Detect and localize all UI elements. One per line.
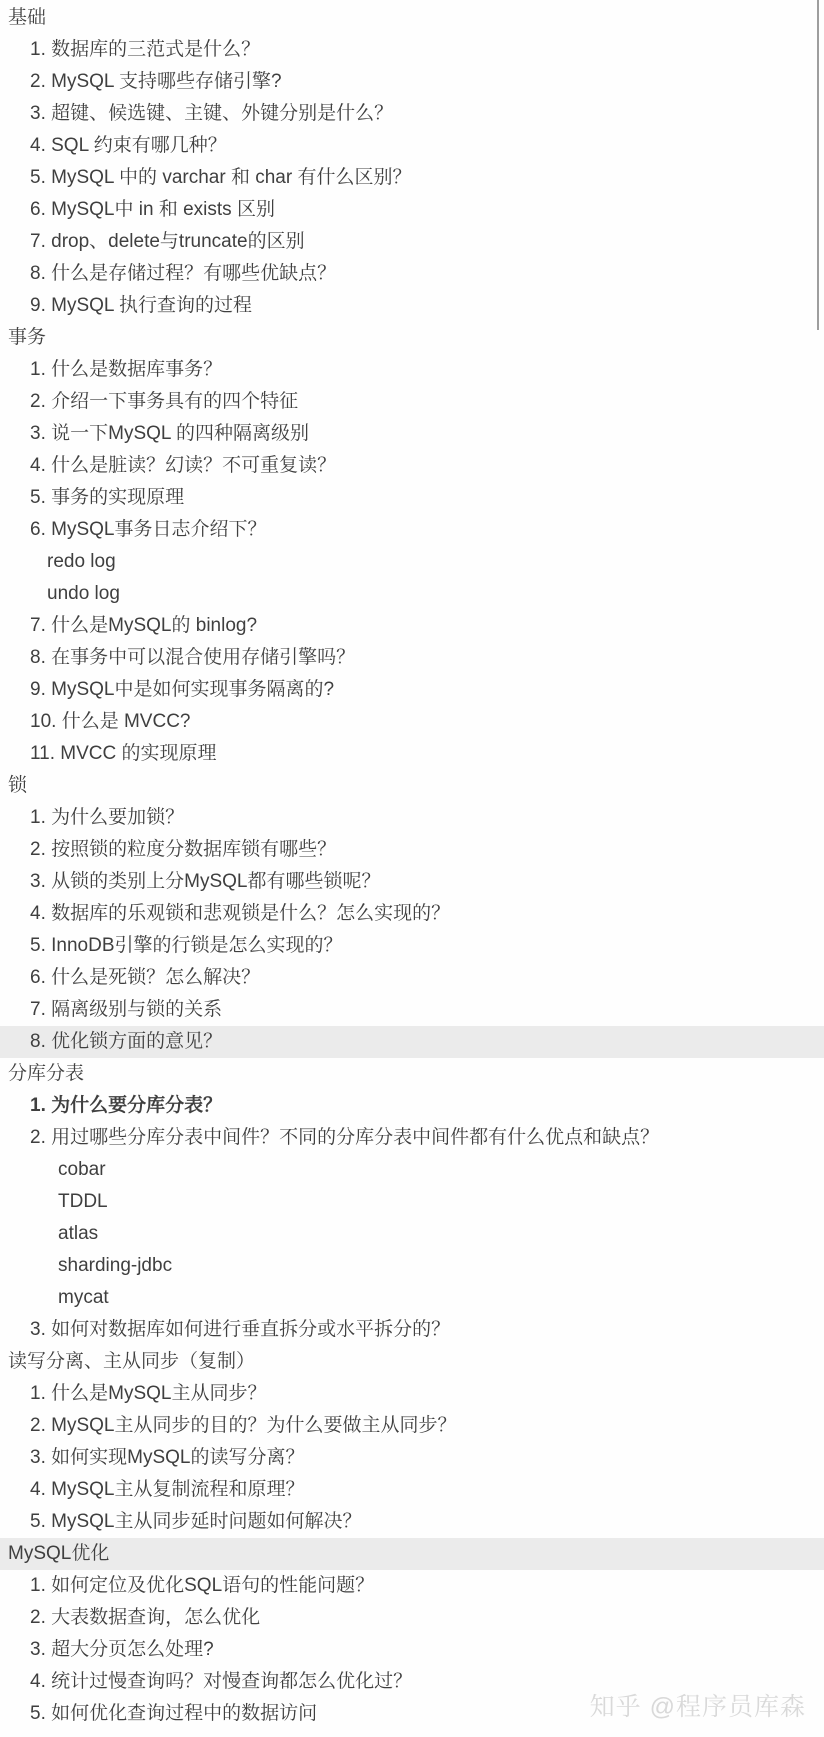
outline-item[interactable]: 1. 为什么要分库分表？	[0, 1090, 824, 1122]
outline-subitem[interactable]: undo log	[0, 578, 824, 610]
outline-subitem[interactable]: atlas	[0, 1218, 824, 1250]
outline-item[interactable]: 3. 如何对数据库如何进行垂直拆分或水平拆分的？	[0, 1314, 824, 1346]
scrollbar-thumb[interactable]	[817, 0, 819, 330]
outline-item[interactable]: 3. 从锁的类别上分MySQL都有哪些锁呢？	[0, 866, 824, 898]
outline-item[interactable]: 9. MySQL中是如何实现事务隔离的?	[0, 674, 824, 706]
outline-item[interactable]: 4. 什么是脏读？幻读？不可重复读？	[0, 450, 824, 482]
outline-item[interactable]: 2. MySQL 支持哪些存储引擎?	[0, 66, 824, 98]
outline-item[interactable]: 4. SQL 约束有哪几种？	[0, 130, 824, 162]
section-header[interactable]: 读写分离、主从同步（复制）	[0, 1346, 824, 1378]
outline-subitem[interactable]: TDDL	[0, 1186, 824, 1218]
outline-item[interactable]: 8. 优化锁方面的意见？	[0, 1026, 824, 1058]
outline-item[interactable]: 7. 什么是MySQL的 binlog?	[0, 610, 824, 642]
outline-item[interactable]: 11. MVCC 的实现原理	[0, 738, 824, 770]
outline-item[interactable]: 2. 大表数据查询，怎么优化	[0, 1602, 824, 1634]
outline-item[interactable]: 4. 数据库的乐观锁和悲观锁是什么？怎么实现的？	[0, 898, 824, 930]
section-header[interactable]: 锁	[0, 770, 824, 802]
outline-item[interactable]: 8. 什么是存储过程？有哪些优缺点？	[0, 258, 824, 290]
outline-item[interactable]: 5. MySQL 中的 varchar 和 char 有什么区别？	[0, 162, 824, 194]
outline-item[interactable]: 3. 超大分页怎么处理?	[0, 1634, 824, 1666]
outline-item[interactable]: 2. 用过哪些分库分表中间件？不同的分库分表中间件都有什么优点和缺点？	[0, 1122, 824, 1154]
outline-item[interactable]: 5. MySQL主从同步延时问题如何解决？	[0, 1506, 824, 1538]
outline-item[interactable]: 1. 如何定位及优化SQL语句的性能问题？	[0, 1570, 824, 1602]
outline-item[interactable]: 5. 事务的实现原理	[0, 482, 824, 514]
document-page: 基础1. 数据库的三范式是什么？2. MySQL 支持哪些存储引擎?3. 超键、…	[0, 0, 824, 1737]
toc-outline: 基础1. 数据库的三范式是什么？2. MySQL 支持哪些存储引擎?3. 超键、…	[0, 0, 824, 1730]
outline-item[interactable]: 2. 按照锁的粒度分数据库锁有哪些？	[0, 834, 824, 866]
outline-subitem[interactable]: mycat	[0, 1282, 824, 1314]
outline-item[interactable]: 3. 如何实现MySQL的读写分离？	[0, 1442, 824, 1474]
outline-item[interactable]: 3. 超键、候选键、主键、外键分别是什么？	[0, 98, 824, 130]
section-header[interactable]: MySQL优化	[0, 1538, 824, 1570]
outline-item[interactable]: 3. 说一下MySQL 的四种隔离级别	[0, 418, 824, 450]
outline-item[interactable]: 2. MySQL主从同步的目的？为什么要做主从同步？	[0, 1410, 824, 1442]
outline-item[interactable]: 9. MySQL 执行查询的过程	[0, 290, 824, 322]
outline-item[interactable]: 6. MySQL事务日志介绍下？	[0, 514, 824, 546]
outline-item[interactable]: 1. 为什么要加锁？	[0, 802, 824, 834]
outline-item[interactable]: 6. 什么是死锁？怎么解决？	[0, 962, 824, 994]
section-header[interactable]: 分库分表	[0, 1058, 824, 1090]
outline-item[interactable]: 2. 介绍一下事务具有的四个特征	[0, 386, 824, 418]
outline-subitem[interactable]: redo log	[0, 546, 824, 578]
outline-item[interactable]: 1. 什么是数据库事务？	[0, 354, 824, 386]
outline-item[interactable]: 5. InnoDB引擎的行锁是怎么实现的？	[0, 930, 824, 962]
outline-item[interactable]: 5. 如何优化查询过程中的数据访问	[0, 1698, 824, 1730]
outline-item[interactable]: 6. MySQL中 in 和 exists 区别	[0, 194, 824, 226]
outline-item[interactable]: 7. drop、delete与truncate的区别	[0, 226, 824, 258]
outline-item[interactable]: 4. 统计过慢查询吗？对慢查询都怎么优化过？	[0, 1666, 824, 1698]
outline-subitem[interactable]: cobar	[0, 1154, 824, 1186]
section-header[interactable]: 基础	[0, 2, 824, 34]
outline-subitem[interactable]: sharding-jdbc	[0, 1250, 824, 1282]
outline-item[interactable]: 1. 什么是MySQL主从同步？	[0, 1378, 824, 1410]
outline-item[interactable]: 8. 在事务中可以混合使用存储引擎吗？	[0, 642, 824, 674]
section-header[interactable]: 事务	[0, 322, 824, 354]
outline-item[interactable]: 10. 什么是 MVCC?	[0, 706, 824, 738]
outline-item[interactable]: 7. 隔离级别与锁的关系	[0, 994, 824, 1026]
outline-item[interactable]: 4. MySQL主从复制流程和原理？	[0, 1474, 824, 1506]
outline-item[interactable]: 1. 数据库的三范式是什么？	[0, 34, 824, 66]
